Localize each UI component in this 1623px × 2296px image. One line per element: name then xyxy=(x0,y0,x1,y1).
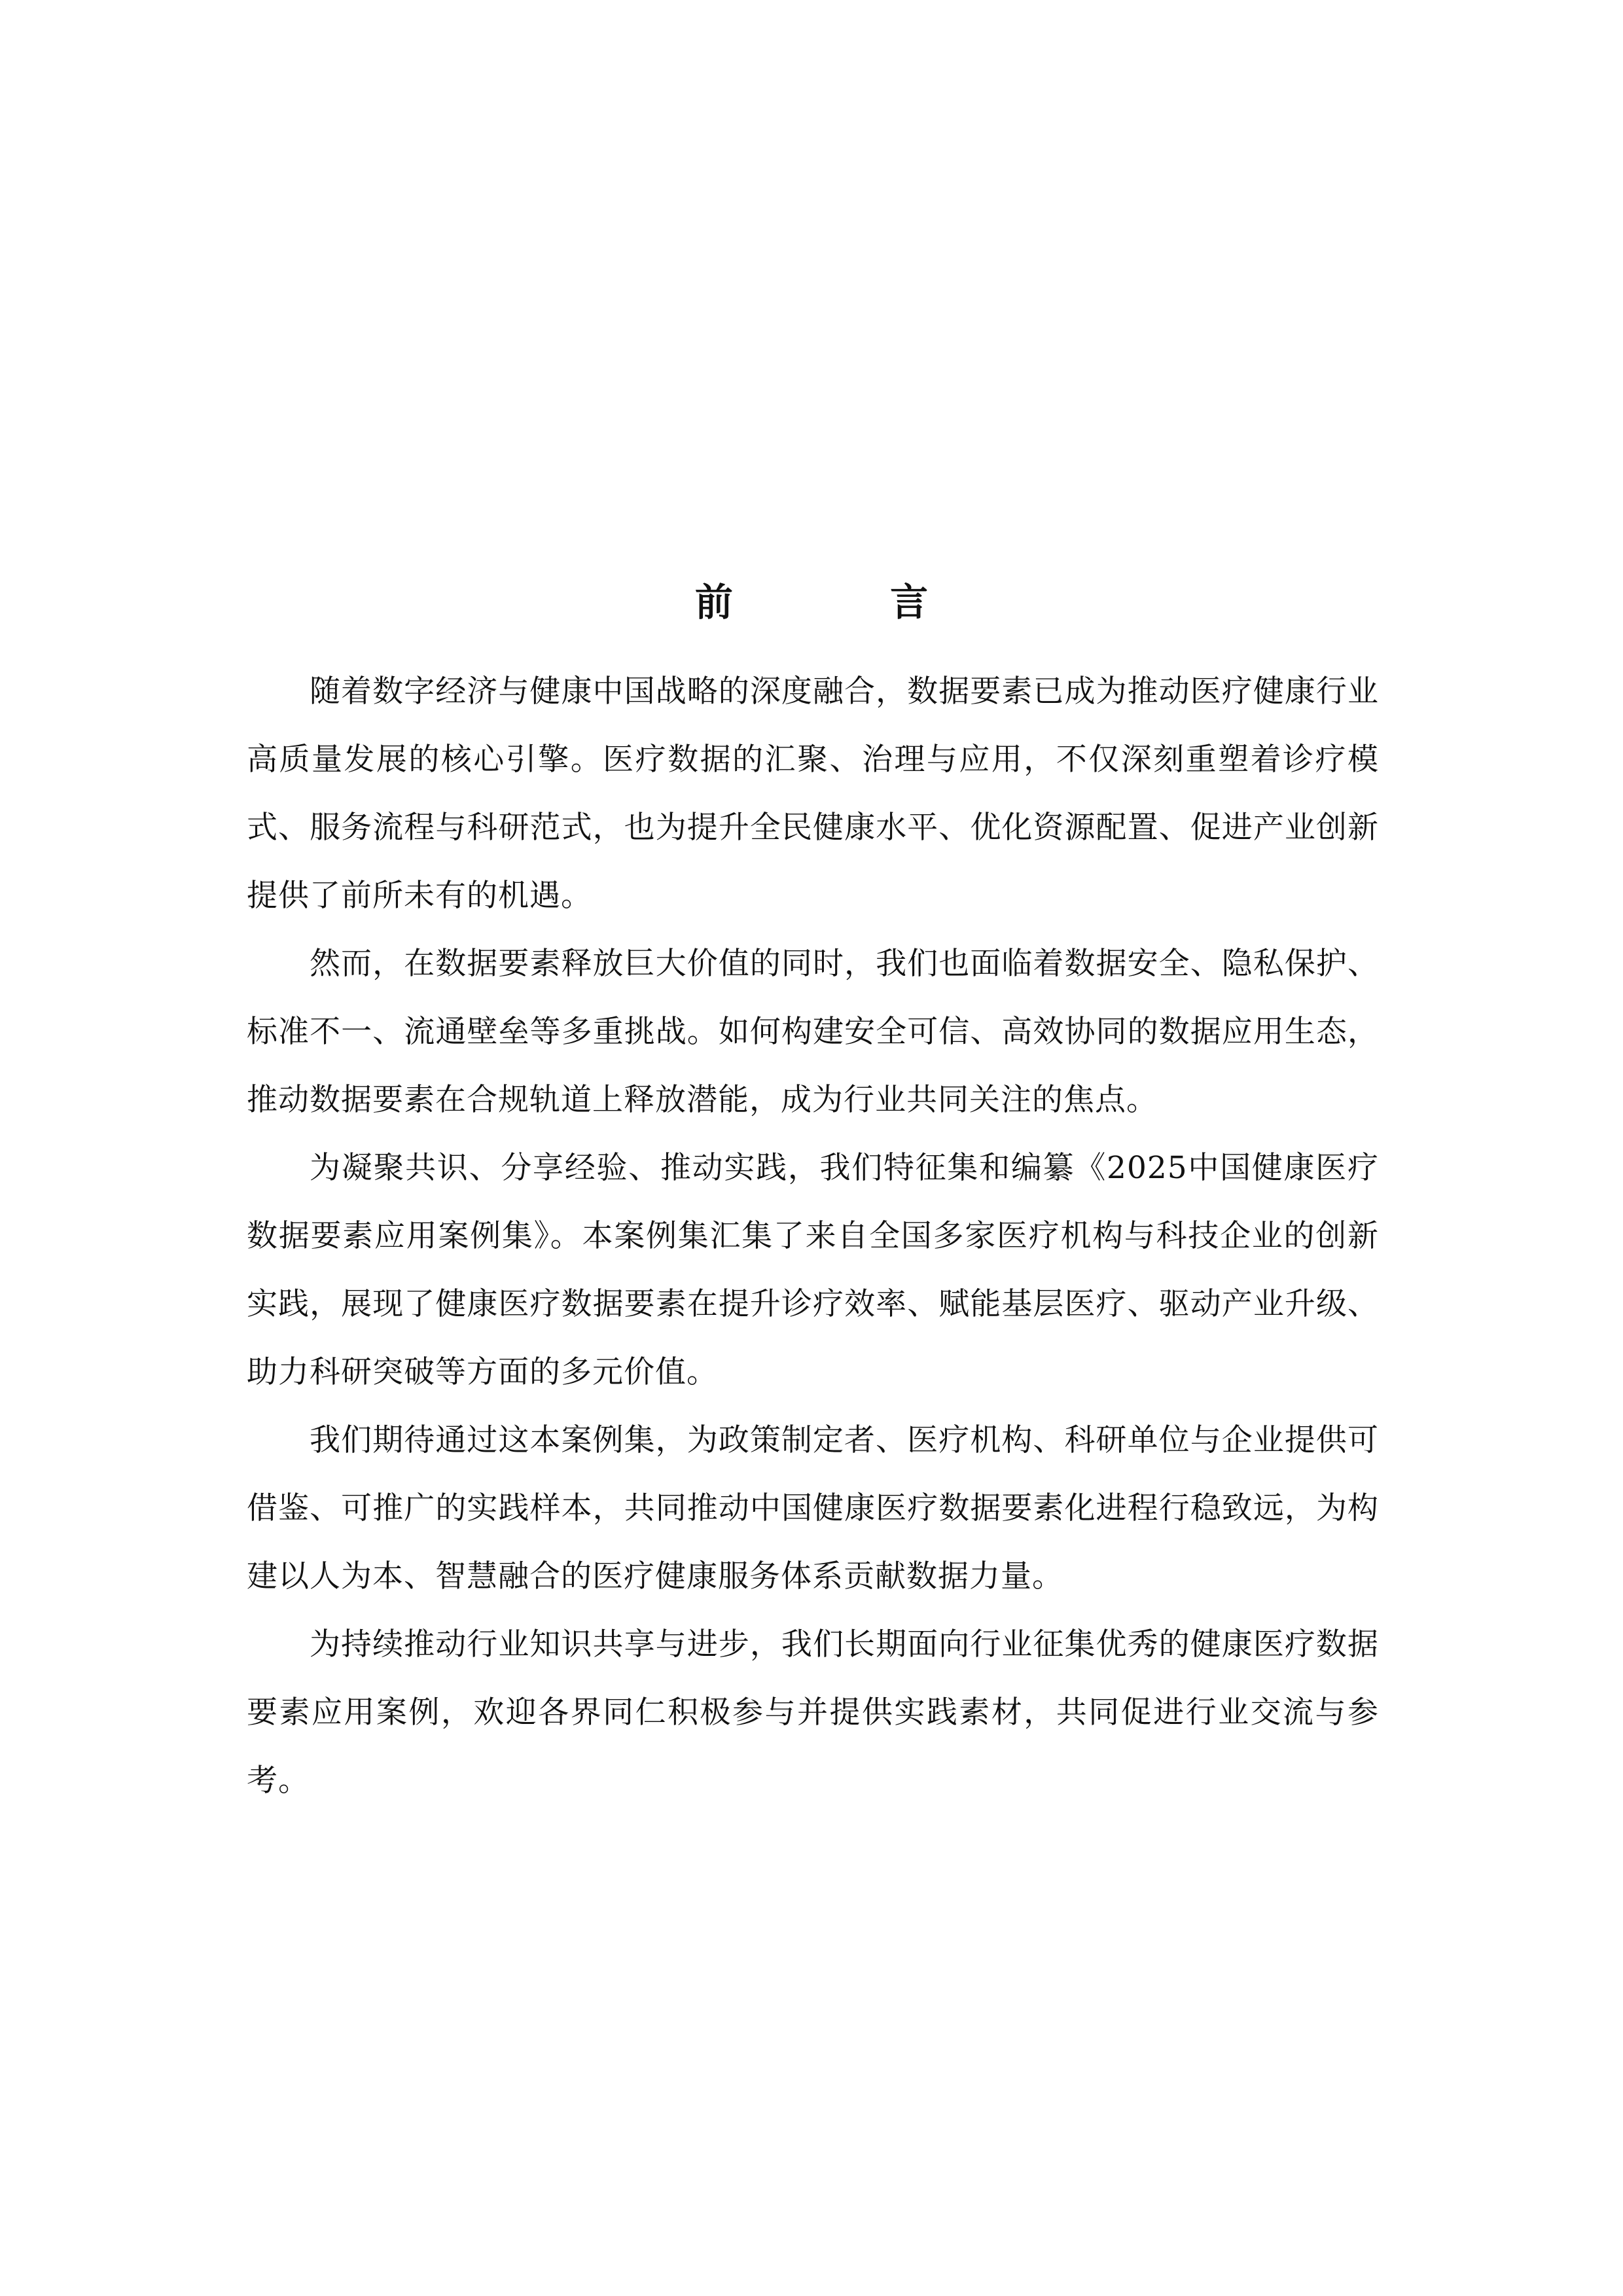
paragraph-3: 为凝聚共识、分享经验、推动实践，我们特征集和编纂《2025中国健康医疗数据要素应… xyxy=(247,1134,1379,1407)
document-page: 前 言 随着数字经济与健康中国战略的深度融合，数据要素已成为推动医疗健康行业高质… xyxy=(0,0,1623,2296)
paragraph-2: 然而，在数据要素释放巨大价值的同时，我们也面临着数据安全、隐私保护、标准不一、流… xyxy=(247,930,1379,1134)
page-title: 前 言 xyxy=(0,576,1623,628)
preface-body: 随着数字经济与健康中国战略的深度融合，数据要素已成为推动医疗健康行业高质量发展的… xyxy=(247,658,1379,1815)
paragraph-4: 我们期待通过这本案例集，为政策制定者、医疗机构、科研单位与企业提供可借鉴、可推广… xyxy=(247,1407,1379,1611)
paragraph-1: 随着数字经济与健康中国战略的深度融合，数据要素已成为推动医疗健康行业高质量发展的… xyxy=(247,658,1379,930)
paragraph-5: 为持续推动行业知识共享与进步，我们长期面向行业征集优秀的健康医疗数据要素应用案例… xyxy=(247,1611,1379,1815)
